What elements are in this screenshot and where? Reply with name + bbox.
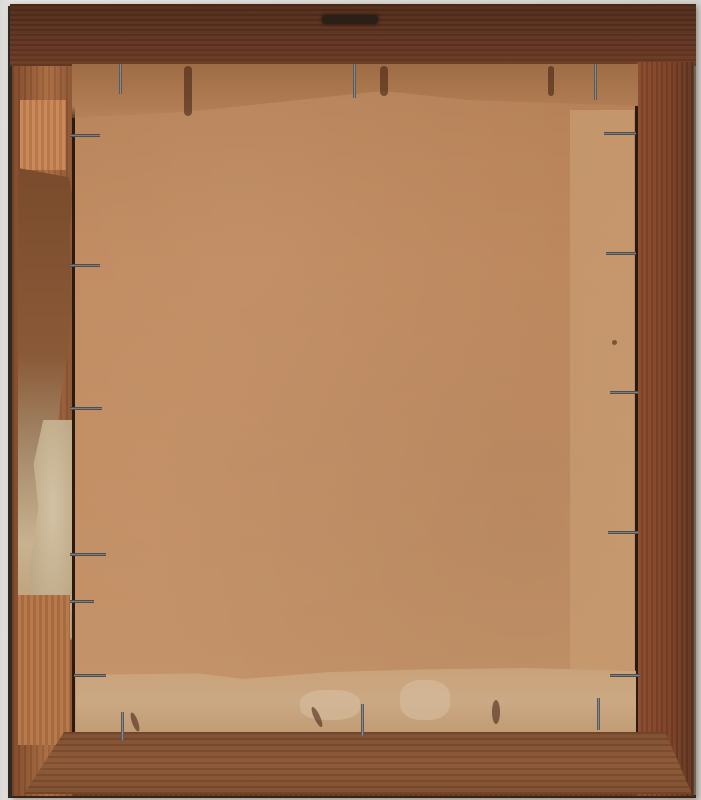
backing-board (72, 64, 638, 736)
nail-icon (610, 674, 640, 677)
stain (548, 66, 554, 96)
nail-icon (604, 132, 636, 135)
stain (492, 700, 500, 724)
stain (184, 66, 192, 116)
nail-icon (353, 64, 356, 98)
nail-icon (70, 134, 100, 137)
paper-patch (300, 690, 360, 720)
nail-icon (70, 600, 94, 603)
nail-icon (594, 64, 597, 100)
nail-icon (74, 674, 106, 677)
exposed-wood-lower (18, 595, 70, 745)
nail-icon (119, 64, 122, 94)
exposed-wood-upper (20, 100, 66, 170)
frame-bottom-rail (24, 732, 692, 794)
frame-top-rail (10, 4, 696, 66)
nail-icon (608, 531, 638, 534)
nail-icon (606, 252, 636, 255)
stain (612, 340, 617, 345)
nail-icon (121, 712, 124, 740)
nail-icon (70, 264, 100, 267)
nail-icon (70, 553, 106, 556)
frame-right-rail (636, 62, 694, 796)
nail-icon (610, 391, 638, 394)
hanger-hook-icon (322, 15, 378, 24)
paper-patch (400, 680, 450, 720)
nail-icon (70, 407, 102, 410)
nail-icon (597, 698, 600, 730)
stain (380, 66, 388, 96)
backing-right-strip (570, 110, 634, 670)
nail-icon (361, 704, 364, 736)
